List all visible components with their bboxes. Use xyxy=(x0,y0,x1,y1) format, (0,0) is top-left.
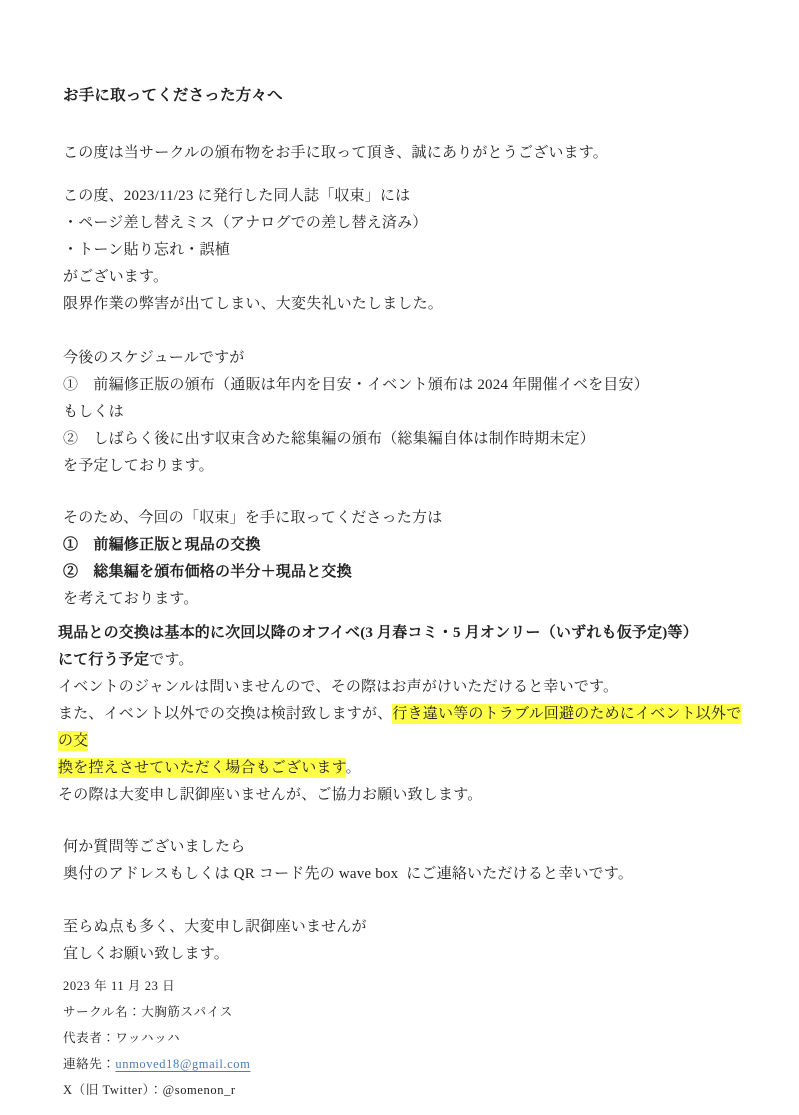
policy-caution-line-2: 換を控えさせていただく場合もございます。 xyxy=(58,755,745,782)
policy-caution-line-1: また、イベント以外での交換は検討致しますが、行き違い等のトラブル回避のためにイベ… xyxy=(58,701,745,755)
policy-plan-bold: にて行う予定 xyxy=(58,652,149,668)
policy-paragraph: 現品との交換は基本的に次回以降のオフイベ(3 月春コミ・5 月オンリー（いずれも… xyxy=(58,620,745,809)
exchange-intro: そのため、今回の「収束」を手に取ってくださった方は xyxy=(63,505,745,532)
letter-heading-block: お手に取ってくださった方々へ xyxy=(63,82,745,109)
letter-heading: お手に取ってくださった方々へ xyxy=(63,82,745,109)
thanks-text: この度は当サークルの頒布物をお手に取って頂き、誠にありがとうございます。 xyxy=(63,140,745,167)
policy-genre-line: イベントのジャンルは問いませんので、その際はお声がけいただけると幸いです。 xyxy=(58,674,745,701)
schedule-intro: 今後のスケジュールですが xyxy=(63,345,745,372)
signature-block: 2023 年 11 月 23 日 サークル名：大胸筋スパイス 代表者：ワッハッハ… xyxy=(63,973,745,1103)
policy-venue-line-2: にて行う予定です。 xyxy=(58,647,745,674)
exchange-outro: を考えております。 xyxy=(63,586,745,613)
question-method: 奥付のアドレスもしくは QR コード先の wave box にご連絡いただけると… xyxy=(63,861,745,888)
schedule-option-1: ① 前編修正版の頒布（通販は年内を目安・イベント頒布は 2024 年開催イベを目… xyxy=(63,372,745,399)
schedule-paragraph: 今後のスケジュールですが ① 前編修正版の頒布（通販は年内を目安・イベント頒布は… xyxy=(63,345,745,480)
exchange-paragraph: そのため、今回の「収束」を手に取ってくださった方は ① 前編修正版と現品の交換 … xyxy=(63,505,745,613)
schedule-outro: を予定しております。 xyxy=(63,453,745,480)
errata-paragraph: この度、2023/11/23 に発行した同人誌「収束」には ・ページ差し替えミス… xyxy=(63,183,745,318)
closing-apology: 至らぬ点も多く、大変申し訳御座いませんが xyxy=(63,914,745,941)
policy-plan-rest: です。 xyxy=(149,652,193,668)
policy-caution-rest: 。 xyxy=(346,760,361,776)
thanks-paragraph: この度は当サークルの頒布物をお手に取って頂き、誠にありがとうございます。 xyxy=(63,140,745,167)
signature-contact-line: 連絡先：unmoved18@gmail.com xyxy=(63,1051,745,1077)
policy-cooperation-line: その際は大変申し訳御座いませんが、ご協力お願い致します。 xyxy=(58,782,745,809)
contact-email-link[interactable]: unmoved18@gmail.com xyxy=(115,1057,250,1071)
policy-venue-line: 現品との交換は基本的に次回以降のオフイベ(3 月春コミ・5 月オンリー（いずれも… xyxy=(58,620,745,647)
closing-regards: 宜しくお願い致します。 xyxy=(63,941,745,968)
errata-item: ・トーン貼り忘れ・誤植 xyxy=(63,237,745,264)
question-paragraph: 何か質問等ございましたら 奥付のアドレスもしくは QR コード先の wave b… xyxy=(63,834,745,888)
document-page: お手に取ってくださった方々へ この度は当サークルの頒布物をお手に取って頂き、誠に… xyxy=(0,0,799,1115)
policy-caution-pre: また、イベント以外での交換は検討致しますが、 xyxy=(58,706,392,722)
exchange-option-1: ① 前編修正版と現品の交換 xyxy=(63,532,745,559)
errata-outro: がございます。 xyxy=(63,264,745,291)
errata-item: ・ページ差し替えミス（アナログでの差し替え済み） xyxy=(63,210,745,237)
schedule-option-2: ② しばらく後に出す収束含めた総集編の頒布（総集編自体は制作時期未定） xyxy=(63,426,745,453)
signature-representative: 代表者：ワッハッハ xyxy=(63,1025,745,1051)
schedule-or: もしくは xyxy=(63,399,745,426)
policy-caution-highlight-2: 換を控えさせていただく場合もございます xyxy=(58,758,346,778)
exchange-option-2: ② 総集編を頒布価格の半分＋現品と交換 xyxy=(63,559,745,586)
errata-apology: 限界作業の弊害が出てしまい、大変失礼いたしました。 xyxy=(63,291,745,318)
errata-intro: この度、2023/11/23 に発行した同人誌「収束」には xyxy=(63,183,745,210)
closing-paragraph: 至らぬ点も多く、大変申し訳御座いませんが 宜しくお願い致します。 xyxy=(63,914,745,968)
signature-circle-name: サークル名：大胸筋スパイス xyxy=(63,999,745,1025)
contact-label: 連絡先： xyxy=(63,1057,115,1071)
signature-x-account: X（旧 Twitter）：@somenon_r xyxy=(63,1077,745,1103)
question-intro: 何か質問等ございましたら xyxy=(63,834,745,861)
signature-date: 2023 年 11 月 23 日 xyxy=(63,973,745,999)
